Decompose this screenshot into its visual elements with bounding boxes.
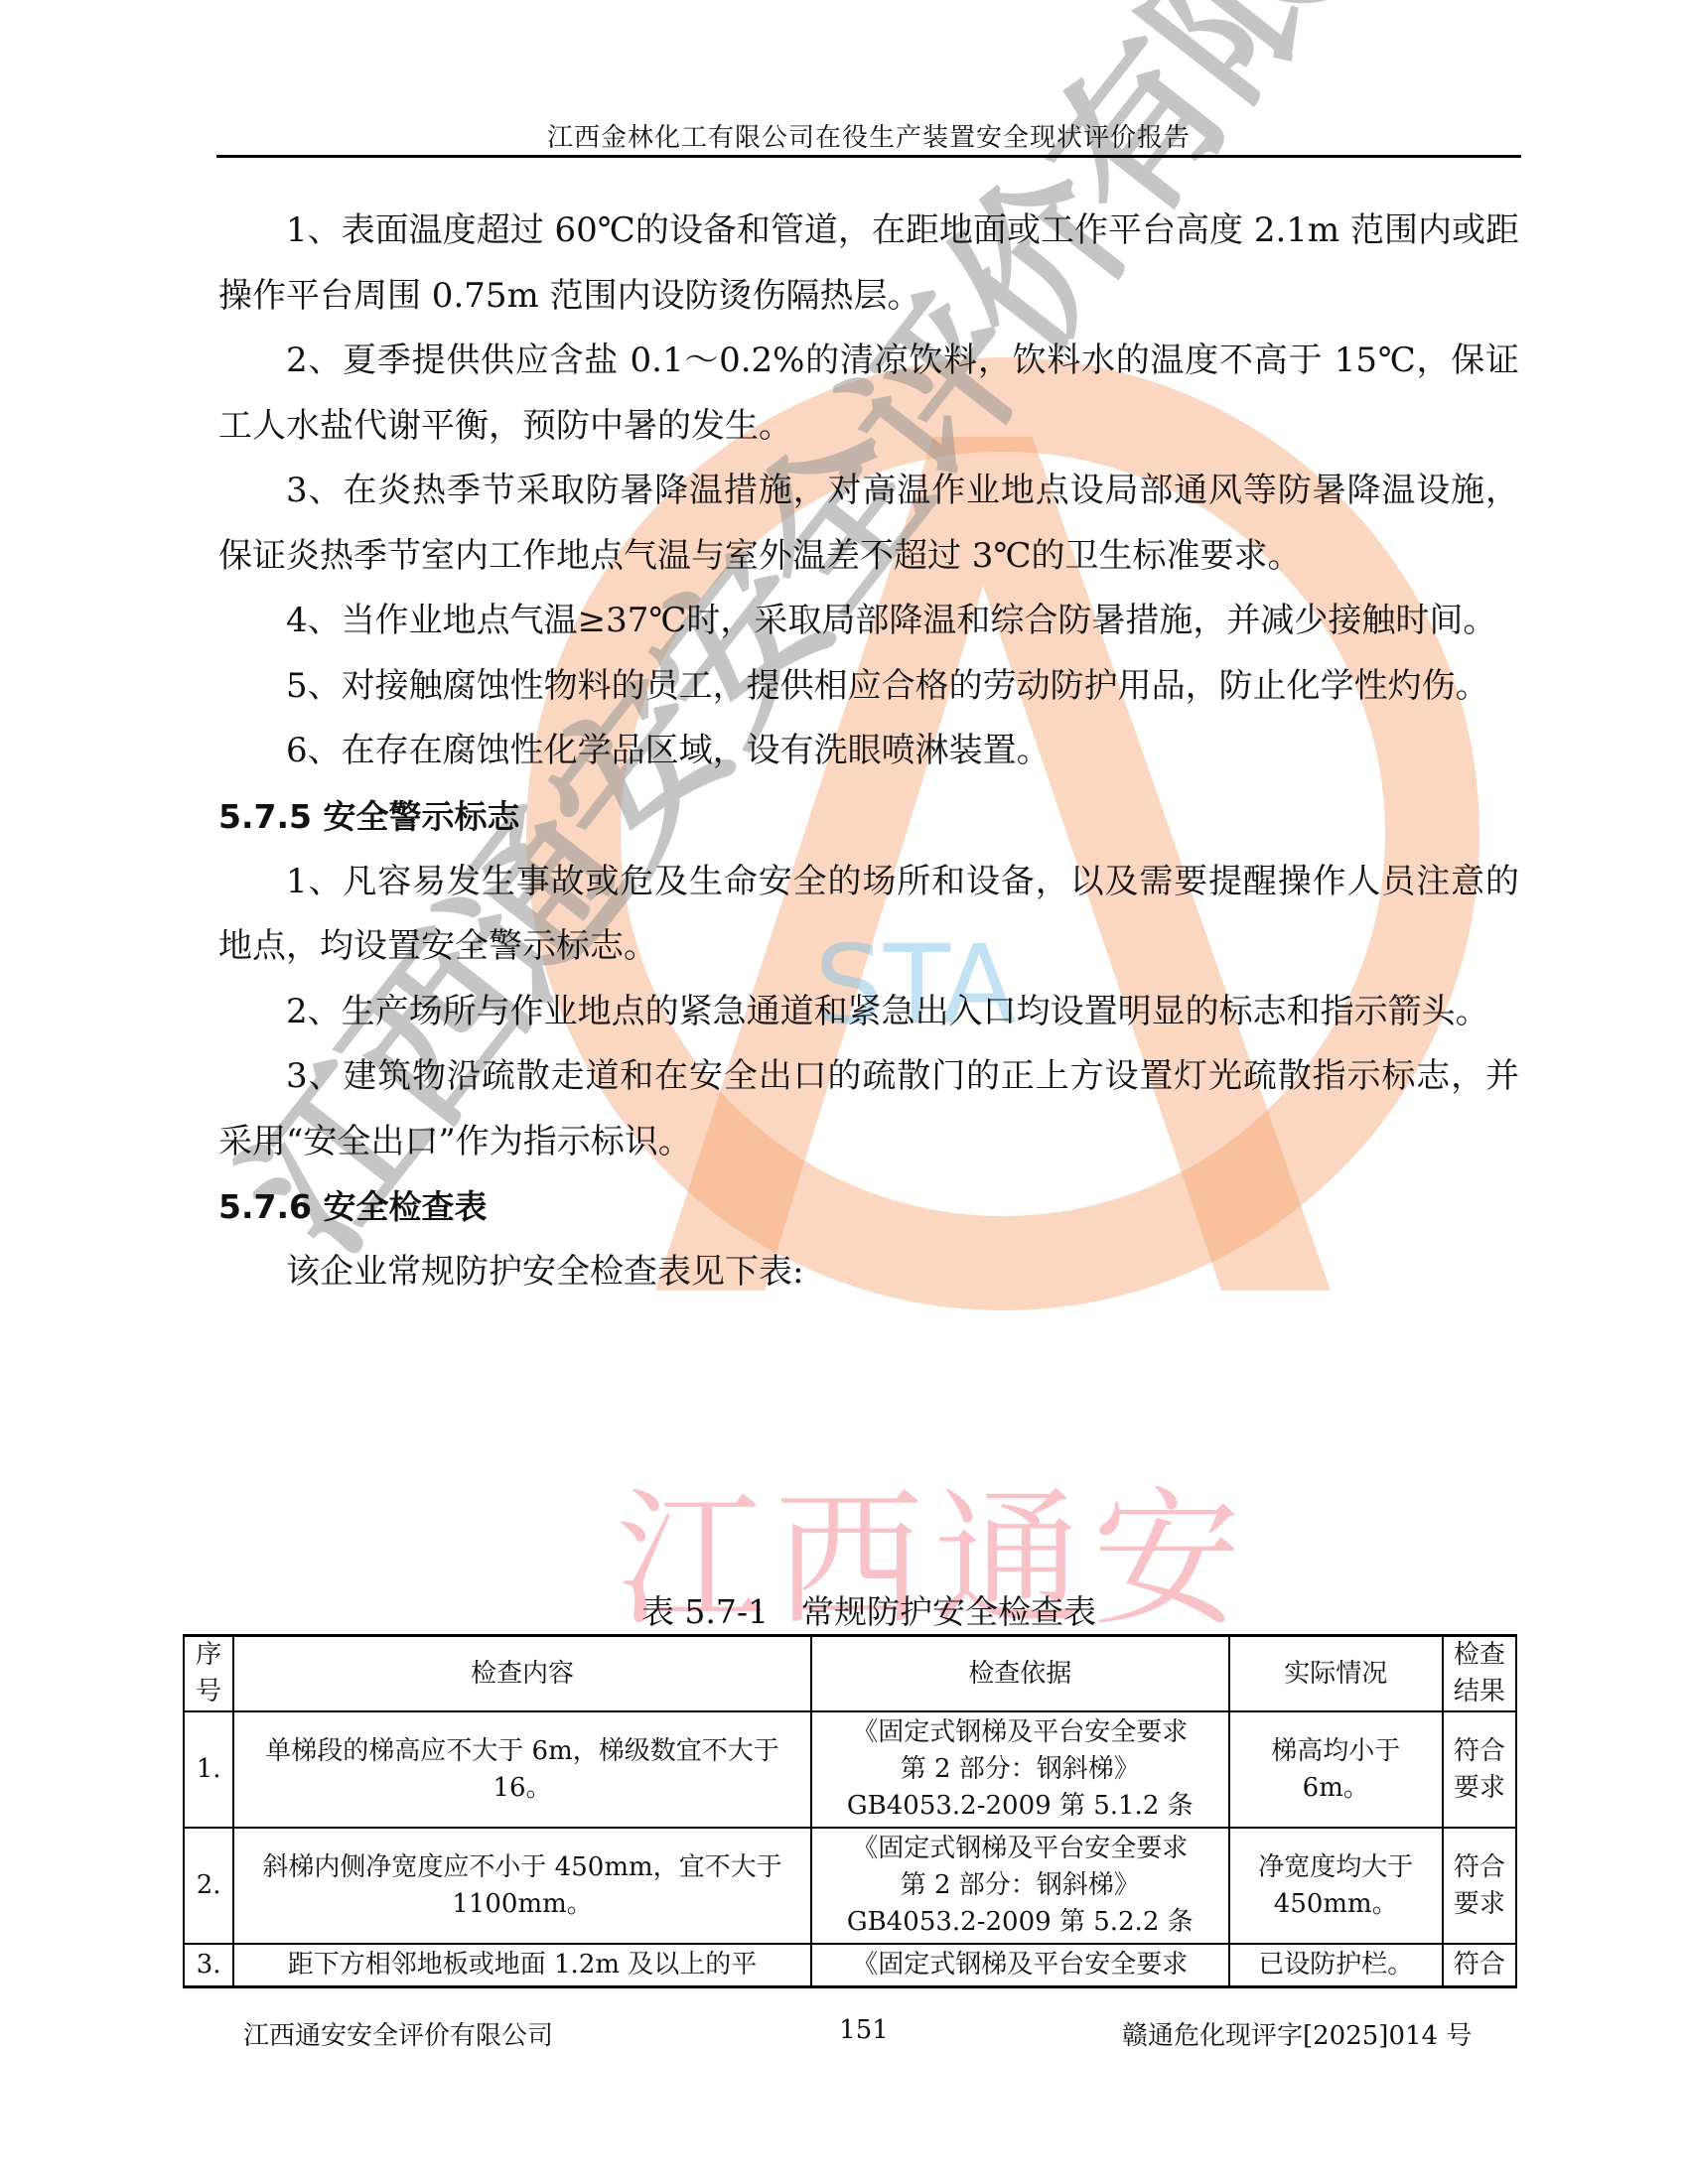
footer-doc-number: 赣通危化现评字[2025]014 号 (1122, 2015, 1472, 2052)
paragraph: 1、凡容易发生事故或危及生命安全的场所和设备，以及需要提醒操作人员注意的地点，均… (218, 850, 1519, 980)
table-row: 3. 距下方相邻地板或地面 1.2m 及以上的平 《固定式钢梯及平台安全要求 已… (184, 1944, 1516, 1987)
table-intro: 该企业常规防护安全检查表见下表: (218, 1240, 1519, 1305)
col-header-basis: 检查依据 (811, 1636, 1229, 1712)
cell-basis: 《固定式钢梯及平台安全要求 第 2 部分：钢斜梯》 GB4053.2-2009 … (811, 1828, 1229, 1944)
section-heading-5-7-6: 5.7.6 安全检查表 (218, 1174, 1519, 1240)
cell-result: 符合要求 (1443, 1711, 1516, 1828)
cell-content: 斜梯内侧净宽度应不小于 450mm，宜不大于 1100mm。 (233, 1828, 811, 1944)
cell-basis: 《固定式钢梯及平台安全要求 (811, 1944, 1229, 1987)
page-number: 151 (824, 2015, 904, 2045)
paragraph: 3、建筑物沿疏散走道和在安全出口的疏散门的正上方设置灯光疏散指示标志，并采用“安… (218, 1044, 1519, 1174)
col-header-actual: 实际情况 (1229, 1636, 1443, 1712)
paragraph: 3、在炎热季节采取防暑降温措施，对高温作业地点设局部通风等防暑降温设施，保证炎热… (218, 459, 1519, 589)
body-text: 1、表面温度超过 60℃的设备和管道，在距地面或工作平台高度 2.1m 范围内或… (218, 199, 1519, 1305)
page-header-title: 江西金林化工有限公司在役生产装置安全现状评价报告 (218, 117, 1519, 154)
cell-content: 距下方相邻地板或地面 1.2m 及以上的平 (233, 1944, 811, 1987)
paragraph: 2、生产场所与作业地点的紧急通道和紧急出入口均设置明显的标志和指示箭头。 (218, 980, 1519, 1045)
section-heading-5-7-5: 5.7.5 安全警示标志 (218, 784, 1519, 850)
cell-no: 3. (184, 1944, 233, 1987)
footer-company: 江西通安安全评价有限公司 (243, 2015, 553, 2052)
col-header-no: 序号 (184, 1636, 233, 1712)
cell-no: 2. (184, 1828, 233, 1944)
cell-result: 符合要求 (1443, 1828, 1516, 1944)
safety-check-table: 序号 检查内容 检查依据 实际情况 检查结果 1. 单梯段的梯高应不大于 6m，… (183, 1634, 1517, 1988)
cell-actual: 梯高均小于 6m。 (1229, 1711, 1443, 1828)
cell-content: 单梯段的梯高应不大于 6m，梯级数宜不大于 16。 (233, 1711, 811, 1828)
col-header-content: 检查内容 (233, 1636, 811, 1712)
cell-actual: 净宽度均大于 450mm。 (1229, 1828, 1443, 1944)
table-row: 2. 斜梯内侧净宽度应不小于 450mm，宜不大于 1100mm。 《固定式钢梯… (184, 1828, 1516, 1944)
paragraph: 2、夏季提供供应含盐 0.1～0.2%的清凉饮料，饮料水的温度不高于 15℃，保… (218, 329, 1519, 459)
cell-result: 符合 (1443, 1944, 1516, 1987)
table-caption: 表 5.7-1 常规防护安全检查表 (218, 1586, 1519, 1633)
cell-basis: 《固定式钢梯及平台安全要求 第 2 部分：钢斜梯》 GB4053.2-2009 … (811, 1711, 1229, 1828)
col-header-result: 检查结果 (1443, 1636, 1516, 1712)
paragraph: 1、表面温度超过 60℃的设备和管道，在距地面或工作平台高度 2.1m 范围内或… (218, 199, 1519, 329)
paragraph: 5、对接触腐蚀性物料的员工，提供相应合格的劳动防护用品，防止化学性灼伤。 (218, 654, 1519, 720)
header-divider (216, 155, 1521, 158)
table-row: 1. 单梯段的梯高应不大于 6m，梯级数宜不大于 16。 《固定式钢梯及平台安全… (184, 1711, 1516, 1828)
paragraph: 4、当作业地点气温≥37℃时，采取局部降温和综合防暑措施，并减少接触时间。 (218, 589, 1519, 654)
paragraph: 6、在存在腐蚀性化学品区域，设有洗眼喷淋装置。 (218, 719, 1519, 784)
cell-actual: 已设防护栏。 (1229, 1944, 1443, 1987)
cell-no: 1. (184, 1711, 233, 1828)
table-header-row: 序号 检查内容 检查依据 实际情况 检查结果 (184, 1636, 1516, 1712)
